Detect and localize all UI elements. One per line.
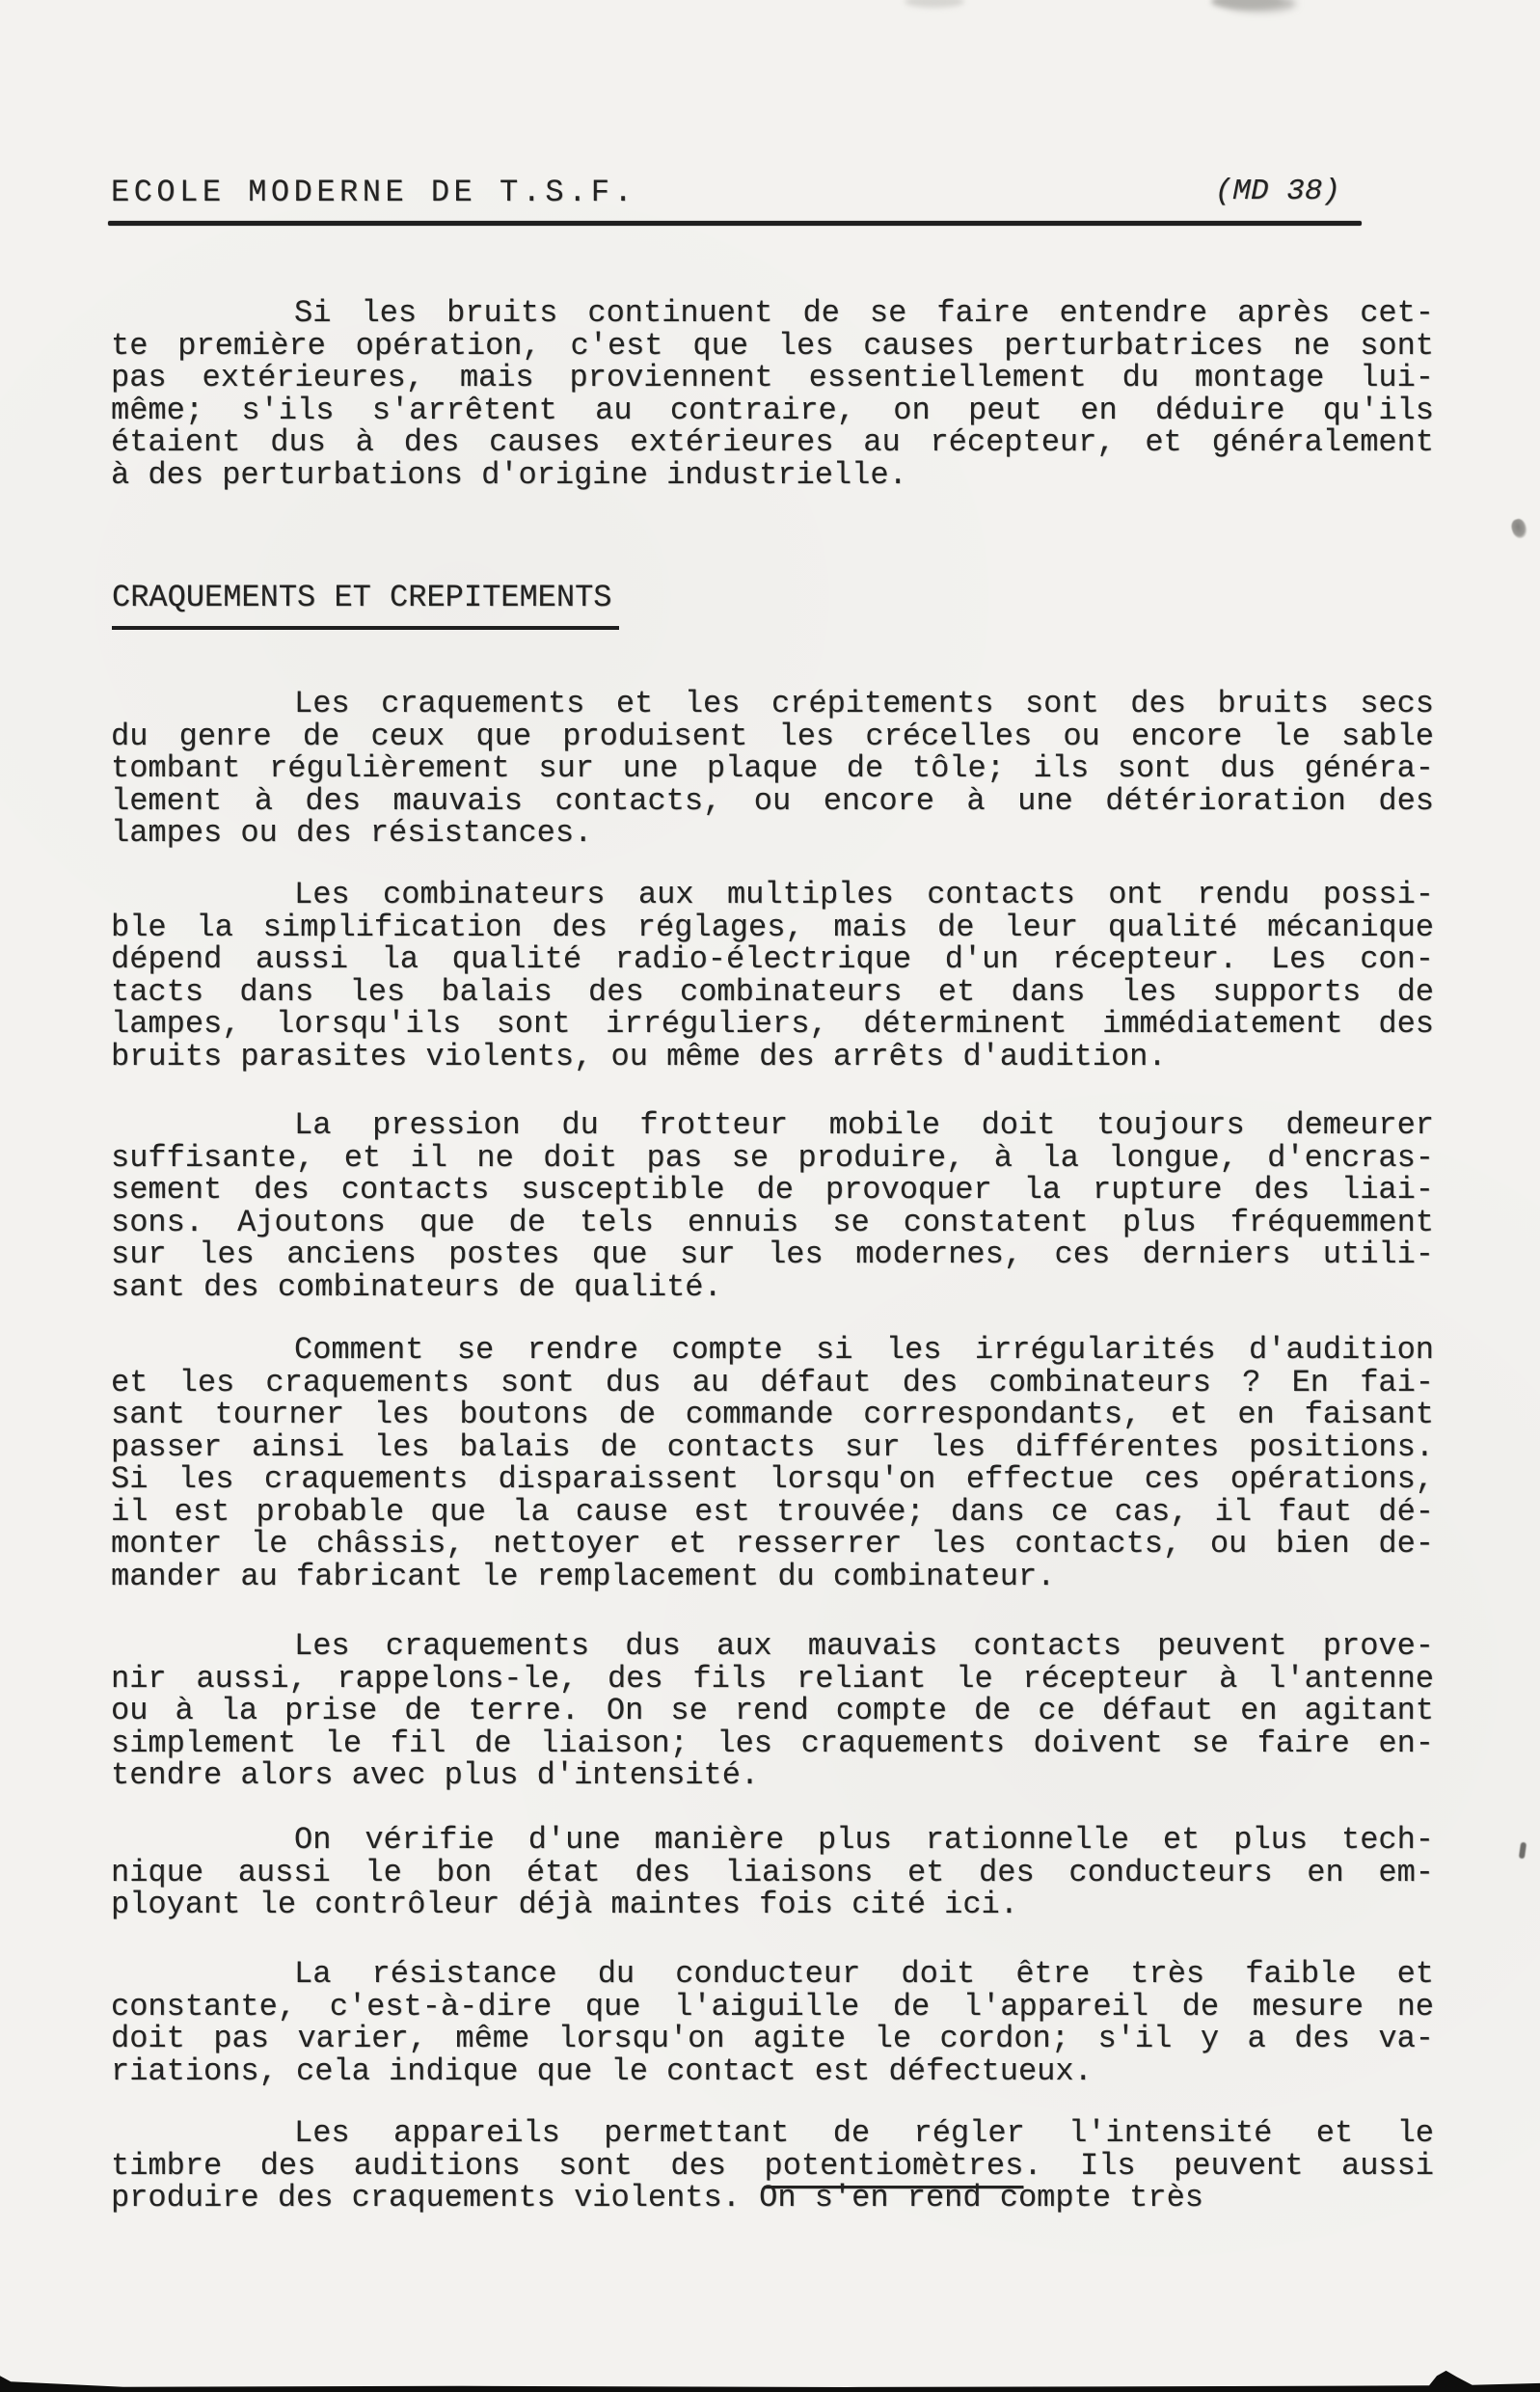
text-line: sant des combinateurs de qualité. (111, 1271, 1434, 1304)
text-line: riations, cela indique que le contact es… (111, 2055, 1434, 2088)
text-line: produire des craquements violents. On s'… (111, 2182, 1434, 2215)
paragraph: Les appareils permettant de régler l'int… (111, 2117, 1434, 2215)
text-line: La résistance du conducteur doit être tr… (111, 1958, 1434, 1991)
text-line: nir aussi, rappelons-le, des fils relian… (111, 1663, 1434, 1696)
text-line: te première opération, c'est que les cau… (111, 330, 1434, 363)
paragraph: Les craquements et les crépitements sont… (111, 688, 1434, 850)
text-line: tendre alors avec plus d'intensité. (111, 1759, 1434, 1792)
text-line: sons. Ajoutons que de tels ennuis se con… (111, 1207, 1434, 1239)
text-line: Les appareils permettant de régler l'int… (111, 2117, 1434, 2150)
text-line: doit pas varier, même lorsqu'on agite le… (111, 2023, 1434, 2055)
scanned-document-page: ECOLE MODERNE DE T.S.F. (MD 38) CRAQUEME… (0, 0, 1540, 2392)
text-line: lampes, lorsqu'ils sont irréguliers, dét… (111, 1008, 1434, 1041)
text-line: ble la simplification des réglages, mais… (111, 911, 1434, 944)
text-line: tombant régulièrement sur une plaque de … (111, 752, 1434, 785)
text-line: sur les anciens postes que sur les moder… (111, 1238, 1434, 1271)
text-line: lement à des mauvais contacts, ou encore… (111, 785, 1434, 818)
text-line: Si les craquements disparaissent lorsqu'… (111, 1463, 1434, 1496)
text-line: monter le châssis, nettoyer et resserrer… (111, 1528, 1434, 1561)
text-line: étaient dus à des causes extérieures au … (111, 426, 1434, 459)
text-line: lampes ou des résistances. (111, 817, 1434, 850)
document-body: Si les bruits continuent de se faire ent… (111, 0, 1434, 2392)
text-line: à des perturbations d'origine industriel… (111, 459, 1434, 492)
paragraph: Les combinateurs aux multiples contacts … (111, 879, 1434, 1073)
underlined-term: potentiomètres (764, 2148, 1023, 2184)
scan-speck (1509, 517, 1528, 540)
text-line: et les craquements sont dus au défaut de… (111, 1367, 1434, 1400)
scan-speck (1519, 1842, 1526, 1860)
text-line: ployant le contrôleur déjà maintes fois … (111, 1889, 1434, 1921)
text-line: nique aussi le bon état des liaisons et … (111, 1857, 1434, 1889)
paragraph: Si les bruits continuent de se faire ent… (111, 297, 1434, 491)
text-line: bruits parasites violents, ou même des a… (111, 1041, 1434, 1074)
text-line: même; s'ils s'arrêtent au contraire, on … (111, 394, 1434, 427)
paragraph: On vérifie d'une manière plus rationnell… (111, 1824, 1434, 1921)
text-line: il est probable que la cause est trouvée… (111, 1496, 1434, 1529)
text-line: tacts dans les balais des combinateurs e… (111, 976, 1434, 1009)
text-line: Si les bruits continuent de se faire ent… (111, 297, 1434, 330)
text-line: Les craquements et les crépitements sont… (111, 688, 1434, 720)
text-line: mander au fabricant le remplacement du c… (111, 1561, 1434, 1593)
text-line: suffisante, et il ne doit pas se produir… (111, 1142, 1434, 1175)
text-line: pas extérieures, mais proviennent essent… (111, 362, 1434, 394)
text-line: du genre de ceux que produisent les créc… (111, 720, 1434, 753)
text-line: On vérifie d'une manière plus rationnell… (111, 1824, 1434, 1857)
text-line: ou à la prise de terre. On se rend compt… (111, 1695, 1434, 1727)
text-line: timbre des auditions sont des potentiomè… (111, 2150, 1434, 2183)
text-line: La pression du frotteur mobile doit touj… (111, 1109, 1434, 1142)
text-line: sant tourner les boutons de commande cor… (111, 1399, 1434, 1431)
text-line: passer ainsi les balais de contacts sur … (111, 1431, 1434, 1464)
text-line: simplement le fil de liaison; les craque… (111, 1727, 1434, 1760)
text-line: dépend aussi la qualité radio-électrique… (111, 943, 1434, 976)
text-line: Les combinateurs aux multiples contacts … (111, 879, 1434, 911)
text-line: Les craquements dus aux mauvais contacts… (111, 1630, 1434, 1663)
paragraph: Comment se rendre compte si les irrégula… (111, 1334, 1434, 1592)
text-line: Comment se rendre compte si les irrégula… (111, 1334, 1434, 1367)
paragraph: La pression du frotteur mobile doit touj… (111, 1109, 1434, 1303)
paragraph: La résistance du conducteur doit être tr… (111, 1958, 1434, 2087)
text-line: sement des contacts susceptible de provo… (111, 1174, 1434, 1207)
text-line: constante, c'est-à-dire que l'aiguille d… (111, 1991, 1434, 2024)
paragraph: Les craquements dus aux mauvais contacts… (111, 1630, 1434, 1792)
